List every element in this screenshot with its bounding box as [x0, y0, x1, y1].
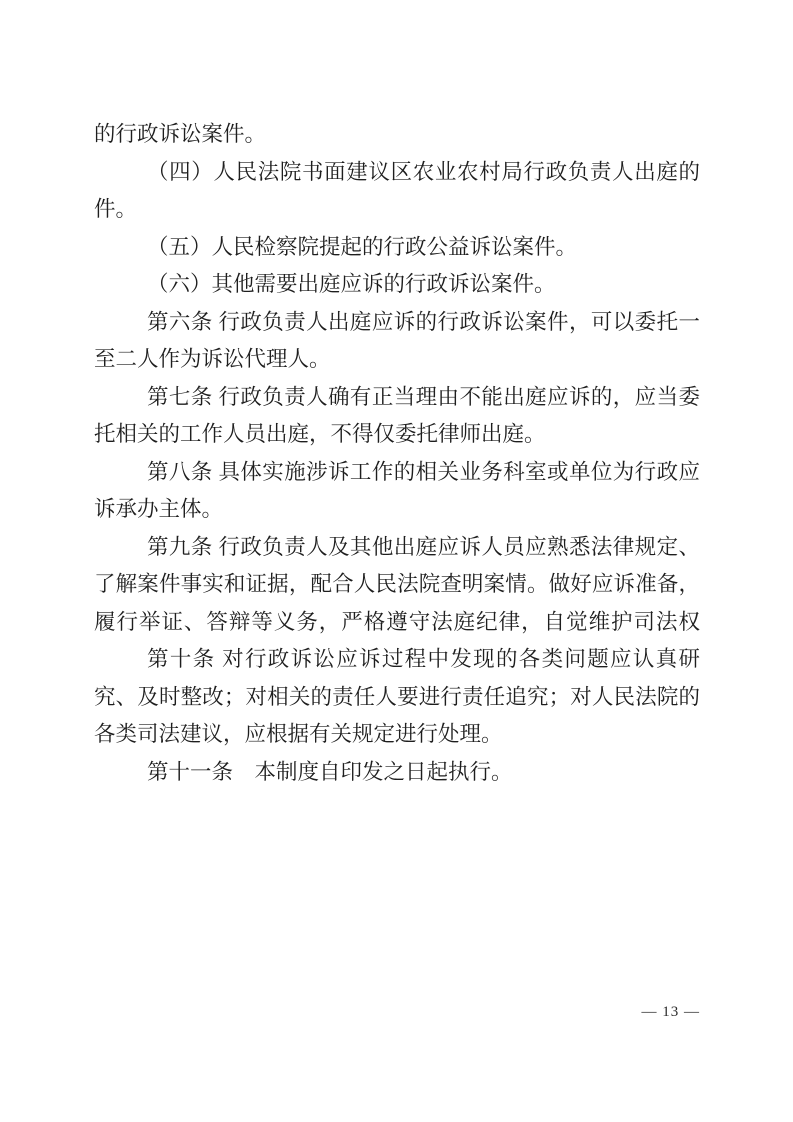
- text-block: 的行政诉讼案件。（四）人民法院书面建议区农业农村局行政负责人出庭的案件。（五）人…: [94, 116, 700, 791]
- text-line: 履行举证、答辩等义务，严格遵守法庭纪律，自觉维护司法权威。: [94, 604, 700, 642]
- text-line: 究、及时整改；对相关的责任人要进行责任追究；对人民法院的: [94, 679, 700, 717]
- text-line: （五）人民检察院提起的行政公益诉讼案件。: [94, 229, 700, 267]
- text-line: 第六条 行政负责人出庭应诉的行政诉讼案件，可以委托一: [94, 304, 700, 342]
- text-line: 至二人作为诉讼代理人。: [94, 341, 700, 379]
- text-line: 各类司法建议，应根据有关规定进行处理。: [94, 716, 700, 754]
- text-line: 第八条 具体实施涉诉工作的相关业务科室或单位为行政应: [94, 454, 700, 492]
- text-line: （六）其他需要出庭应诉的行政诉讼案件。: [94, 266, 700, 304]
- text-line: 了解案件事实和证据，配合人民法院查明案情。做好应诉准备，: [94, 566, 700, 604]
- document-page: 的行政诉讼案件。（四）人民法院书面建议区农业农村局行政负责人出庭的案件。（五）人…: [0, 0, 793, 1122]
- text-line: 托相关的工作人员出庭，不得仅委托律师出庭。: [94, 416, 700, 454]
- text-line: （四）人民法院书面建议区农业农村局行政负责人出庭的案: [94, 154, 700, 192]
- text-line: 第十条 对行政诉讼应诉过程中发现的各类问题应认真研: [94, 641, 700, 679]
- text-line: 第九条 行政负责人及其他出庭应诉人员应熟悉法律规定、: [94, 529, 700, 567]
- text-line: 的行政诉讼案件。: [94, 116, 700, 154]
- text-line: 件。: [94, 191, 700, 229]
- text-line: 诉承办主体。: [94, 491, 700, 529]
- text-line: 第十一条 本制度自印发之日起执行。: [94, 754, 700, 792]
- text-line: 第七条 行政负责人确有正当理由不能出庭应诉的，应当委: [94, 379, 700, 417]
- page-number: — 13 —: [642, 1002, 701, 1022]
